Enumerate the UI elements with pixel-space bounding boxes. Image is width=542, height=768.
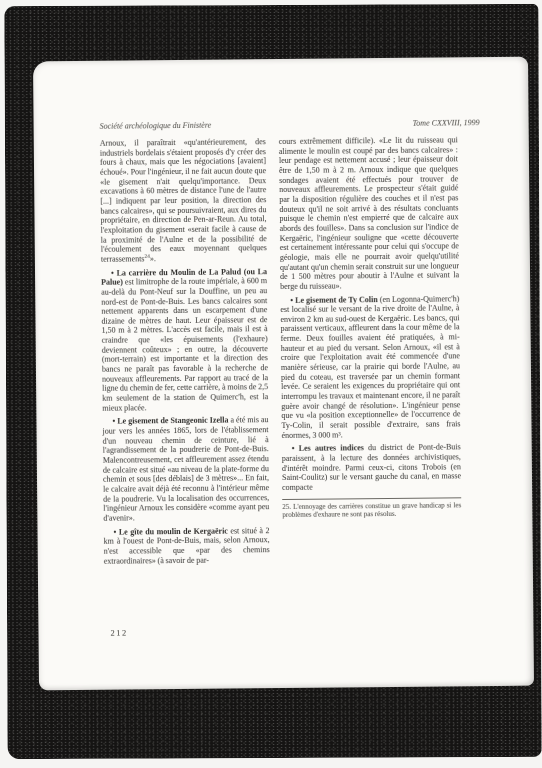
paragraph-lead: • Les autres indices xyxy=(292,444,364,454)
paragraph-continuation: cours extrêmement difficile). «Le lit du… xyxy=(279,135,459,291)
running-head-journal-title: Société archéologique du Finistère xyxy=(100,121,212,131)
paragraph-lead: • Le gisement de Stangeonic Izella xyxy=(112,416,228,426)
footnote-text: 25. L'ennoyage des carrières constitue u… xyxy=(282,501,461,519)
paragraph-continuation: Arnoux, il paraîtrait «qu'antérieurement… xyxy=(100,137,267,264)
printed-ink-layer: Société archéologique du Finistère Tome … xyxy=(33,57,534,691)
paragraph-gisement-stangeonic-izella: • Le gisement de Stangeonic Izella a été… xyxy=(102,416,269,524)
paragraph-lead: • Le gîte du moulin de Kergaëric xyxy=(113,526,227,536)
two-column-text-block: Arnoux, il paraîtrait «qu'antérieurement… xyxy=(100,135,462,570)
paragraph-text: ». xyxy=(150,254,156,263)
text-column-left: Arnoux, il paraîtrait «qu'antérieurement… xyxy=(100,137,270,570)
paragraph-carriere-moulin-la-palud: • La carrière du Moulin de La Palud (ou … xyxy=(101,267,268,413)
text-column-right: cours extrêmement difficile). «Le lit du… xyxy=(279,135,462,568)
book-page: Société archéologique du Finistère Tome … xyxy=(33,57,534,691)
scanned-book-page-photocopy: Société archéologique du Finistère Tome … xyxy=(0,0,542,768)
paragraph-text: Arnoux, il paraîtrait «qu'antérieurement… xyxy=(100,137,267,263)
paragraph-gisement-ty-colin: • Le gisement de Ty Colin (en Logonna-Qu… xyxy=(280,294,460,441)
page-number: 212 xyxy=(110,628,127,638)
paragraph-autres-indices: • Les autres indices du district de Pont… xyxy=(282,443,461,493)
paragraph-text: a été mis au jour vers les années 1865, … xyxy=(103,416,270,523)
paragraph-lead: • Le gisement de Ty Colin xyxy=(290,295,378,305)
paragraph-text: cours extrêmement difficile). «Le lit du… xyxy=(279,135,459,291)
paragraph-text: est limitrophe de la route impériale, à … xyxy=(101,276,268,412)
running-head: Société archéologique du Finistère Tome … xyxy=(100,118,480,131)
running-head-volume-year: Tome CXXVIII, 1999 xyxy=(413,118,480,128)
paragraph-text: (en Logonna-Quimerc'h) est localisé sur … xyxy=(280,294,460,440)
footnote-25: 25. L'ennoyage des carrières constitue u… xyxy=(282,497,461,520)
paragraph-gite-moulin-kergaeric: • Le gîte du moulin de Kergaëric est sit… xyxy=(103,526,269,566)
